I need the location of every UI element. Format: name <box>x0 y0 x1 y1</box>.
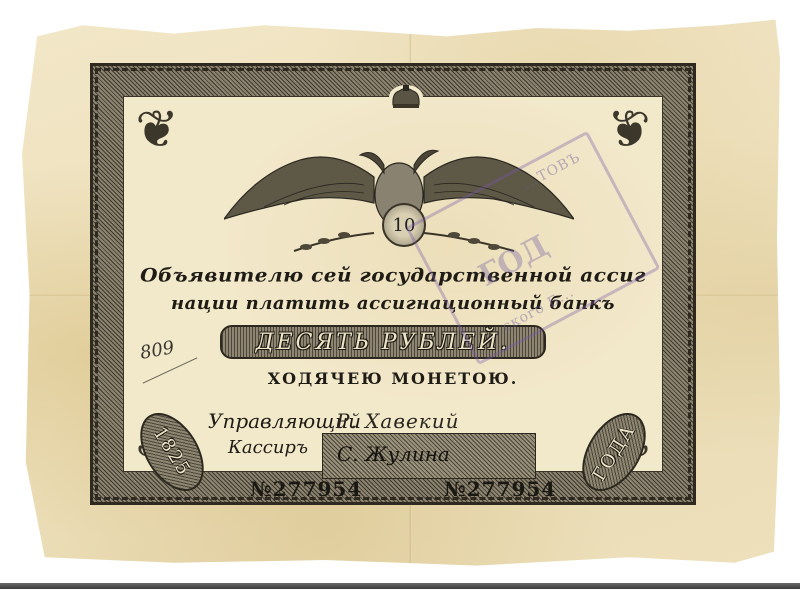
bottom-edge-strip <box>0 583 800 589</box>
denomination-words: ДЕСЯТЬ РУБЛЕЙ. <box>256 330 511 355</box>
denomination-medallion: 10 <box>382 203 426 247</box>
year-word-text: ГОДА <box>588 420 639 485</box>
banknote-field: ❦ ❦ ❦ ❦ <box>123 96 663 472</box>
engraved-frame: ❦ ❦ ❦ ❦ <box>90 63 696 505</box>
obligation-text-line-1: Объявителю сей государственной ассиг <box>124 264 662 287</box>
denomination-numeral: 10 <box>393 215 416 236</box>
crown-icon <box>389 85 423 109</box>
cashier-label: Кассиръ <box>228 437 308 458</box>
corner-ornament-icon: ❦ <box>126 99 188 161</box>
year-text: 1825 <box>149 424 195 481</box>
corner-ornament-icon: ❦ <box>598 99 660 161</box>
denomination-cartouche: ДЕСЯТЬ РУБЛЕЙ. <box>220 325 546 359</box>
serial-number-right: №277954 <box>444 477 556 501</box>
currency-text: ХОДЯЧЕЮ МОНЕТОЮ. <box>124 369 662 388</box>
manager-signature: Р. Хавекий <box>336 409 460 433</box>
cashier-signature-box: С. Жулина <box>322 433 536 479</box>
cashier-signature: С. Жулина <box>337 442 450 466</box>
obligation-text-line-2: нации платить ассигнационный банкъ <box>124 293 662 314</box>
serial-number-left: №277954 <box>250 477 362 501</box>
